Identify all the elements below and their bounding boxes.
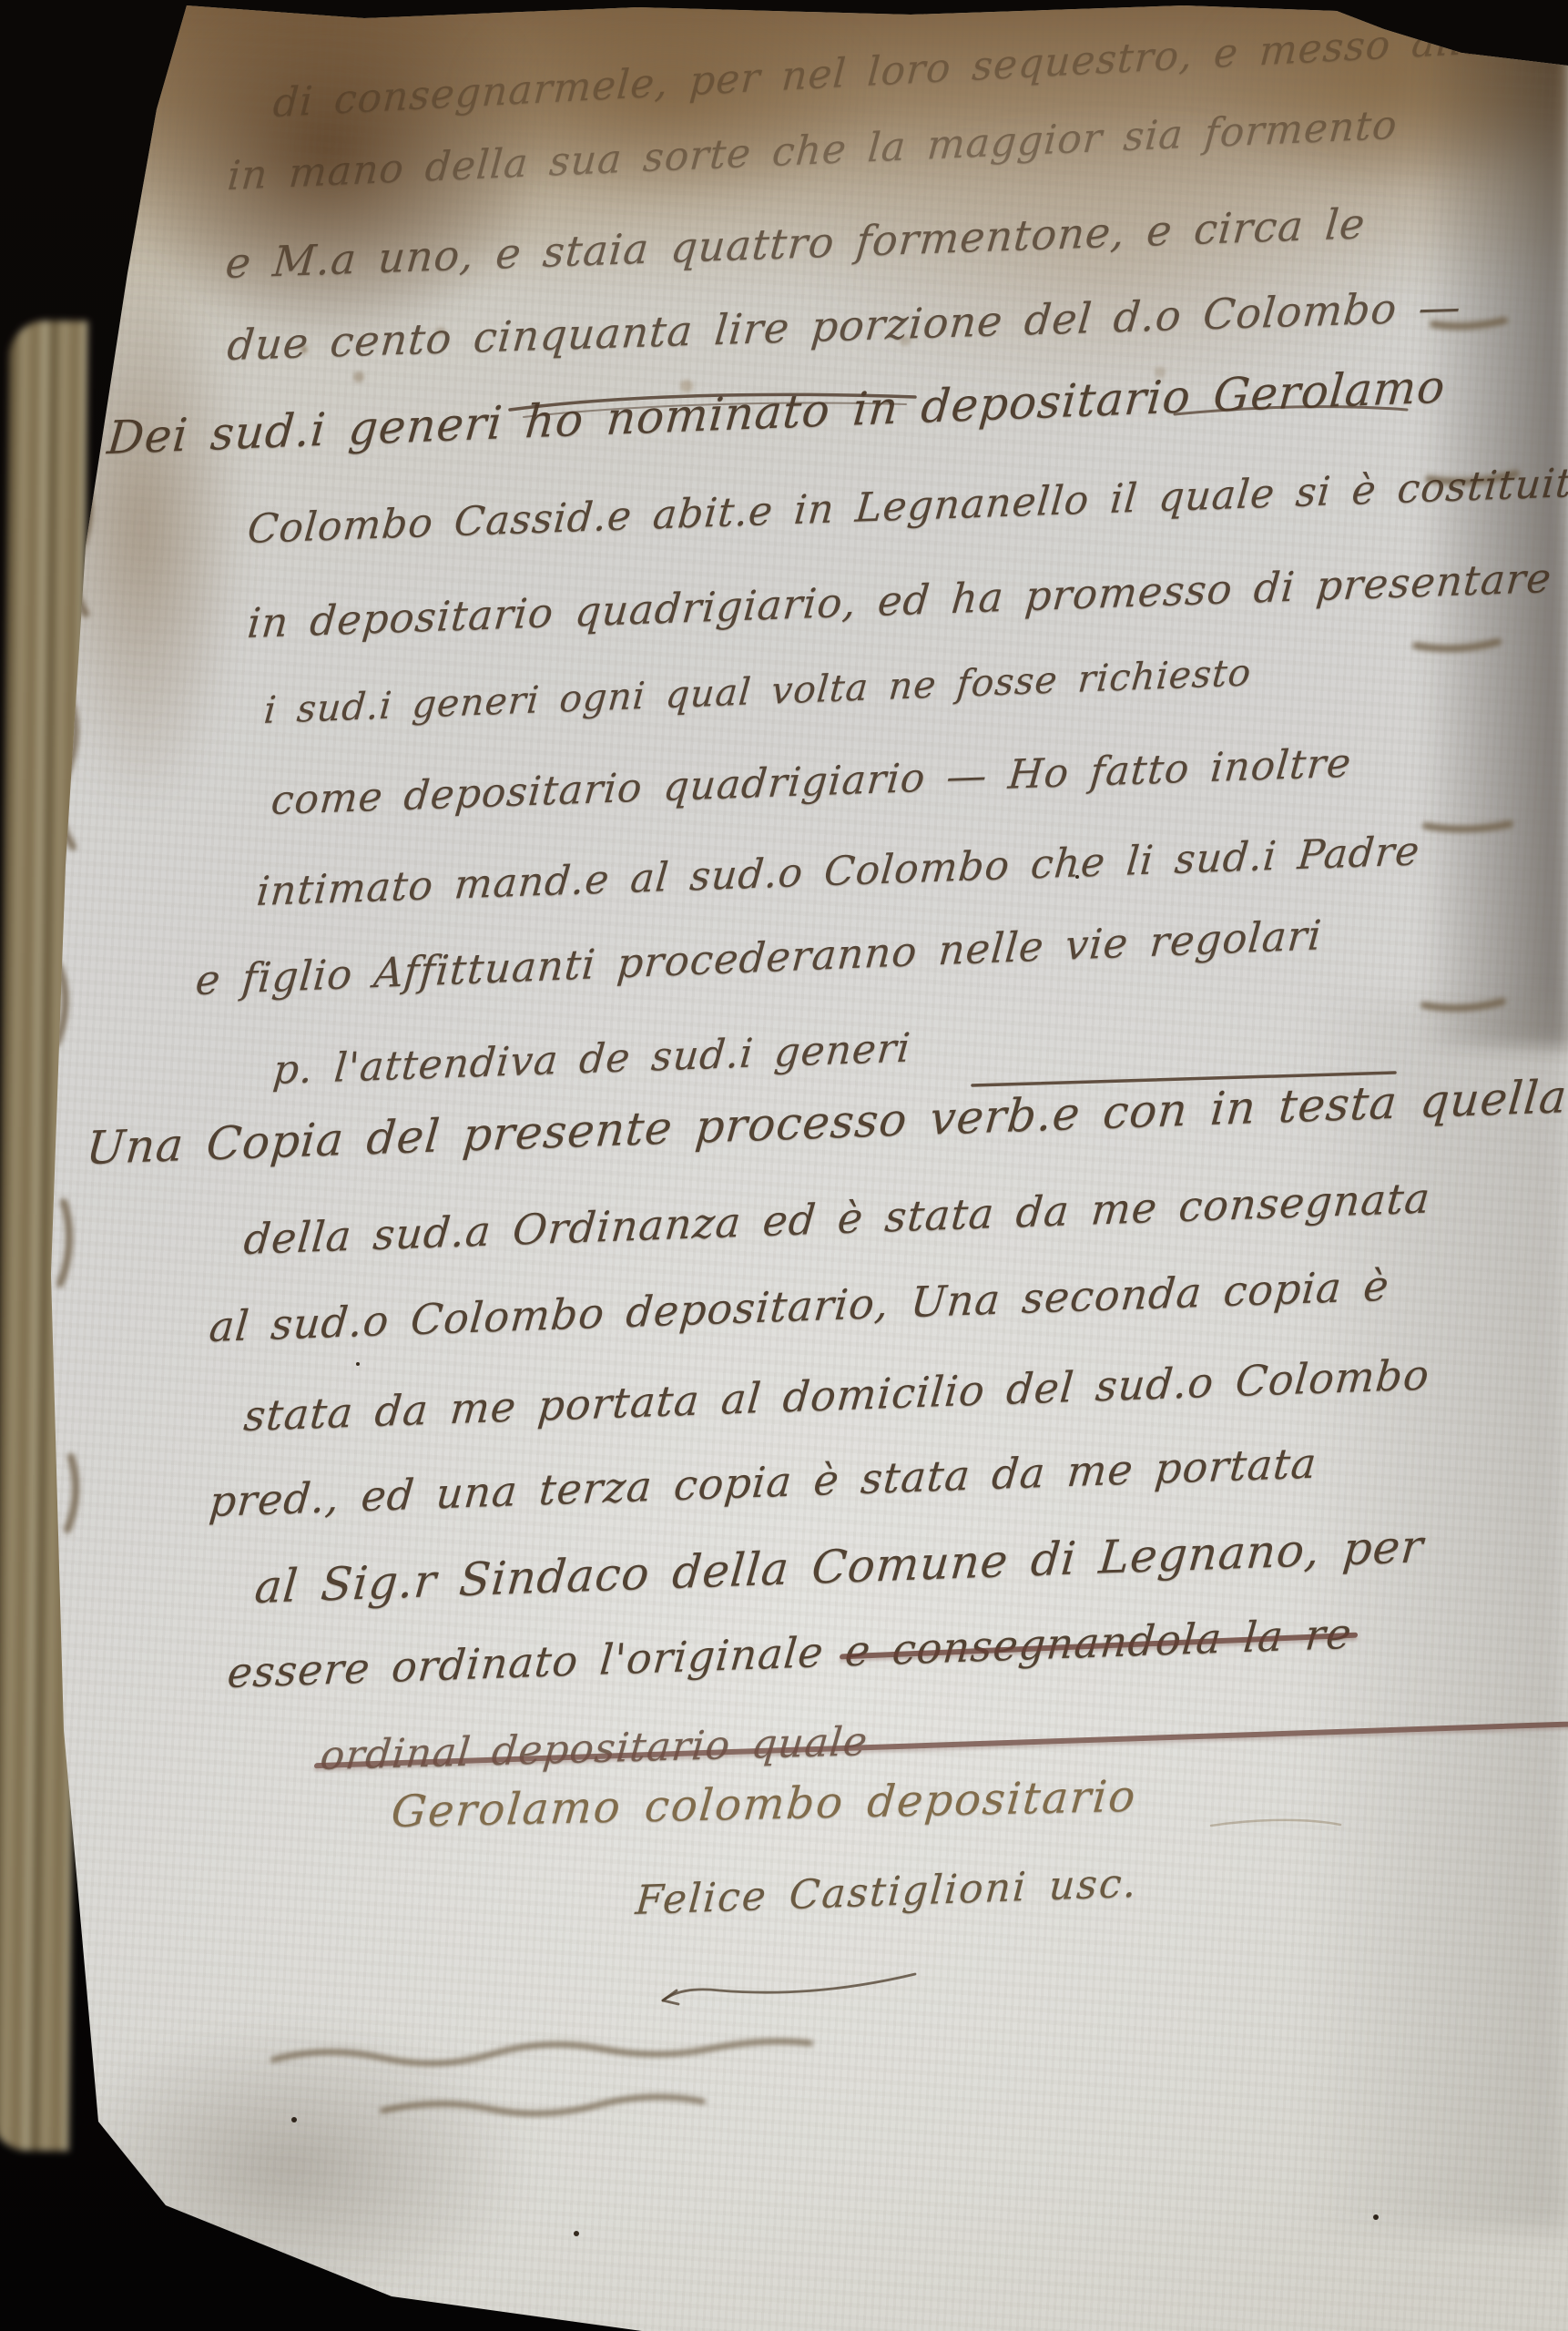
manuscript-line: al Sig.r Sindaco della Comune di Legnano… [252,1520,1425,1613]
manuscript-line: e figlio Affittuanti procederanno nelle … [194,911,1324,1004]
signature-felice-castiglioni: Felice Castiglioni usc. [634,1860,1139,1924]
manuscript-sheet: di consegnarmele, per nel loro sequestro… [0,0,1568,2331]
manuscript-line: della sud.a Ordinanza ed è stata da me c… [242,1173,1433,1264]
line-text: essere ordinato l'originale [226,1626,848,1697]
manuscript-line: stata da me portata al domicilio del sud… [242,1349,1432,1440]
pen-flourishes [0,0,1568,2331]
manuscript-line: Una Copia del presente processo verb.e c… [84,1070,1568,1175]
manuscript-line: e M.a uno, e staia quattro formentone, e… [224,198,1368,288]
manuscript-line: Dei sud.i generi ho nominato in deposita… [106,360,1448,464]
top-stain-band [0,0,1568,300]
manuscript-line: in mano della sua sorte che la maggior s… [226,102,1400,199]
manuscript-line: al sud.o Colombo depositario, Una second… [208,1261,1391,1351]
right-edge-shadow [1420,0,1568,1047]
top-right-stain [1193,0,1568,191]
right-lower-shade [1302,1002,1568,2231]
top-middle-stain [455,0,883,209]
manuscript-line: Colombo Cassid.e abit.e in Legnanello il… [246,459,1568,553]
ink-specks [291,2117,297,2122]
center-wash-stain [801,118,1420,410]
stain-freckles [300,346,308,353]
struck-text: e consegnandola la re [843,1609,1354,1676]
bleed-through-marks [0,0,1568,2331]
signature-gerolamo-colombo: Gerolamo colombo depositario [390,1771,1139,1837]
manuscript-photo: di consegnarmele, per nel loro sequestro… [0,0,1568,2331]
manuscript-line: in depositario quadrigiario, ed ha prome… [246,554,1554,647]
bottom-left-shade [55,2021,528,2313]
manuscript-line: di consegnarmele, per nel loro sequestro… [271,16,1490,127]
top-left-stain [109,0,546,346]
manuscript-line-partially-struck: essere ordinato l'originale e consegnand… [226,1609,1354,1697]
manuscript-line: p. l'attendiva de sud.i generi [271,1024,913,1094]
manuscript-line-struck: ordinal depositario quale [319,1692,1568,1779]
manuscript-line: pred., ed una terza copia è stata da me … [208,1438,1319,1526]
manuscript-line: due cento cinquanta lire porzione del d.… [226,281,1464,370]
manuscript-line: i sud.i generi ogni qual volta ne fosse … [262,650,1253,732]
manuscript-line: intimato mand.e al sud.o Colombo che li … [255,828,1422,915]
manuscript-line: come depositario quadrigiario — Ho fatto… [270,739,1354,824]
